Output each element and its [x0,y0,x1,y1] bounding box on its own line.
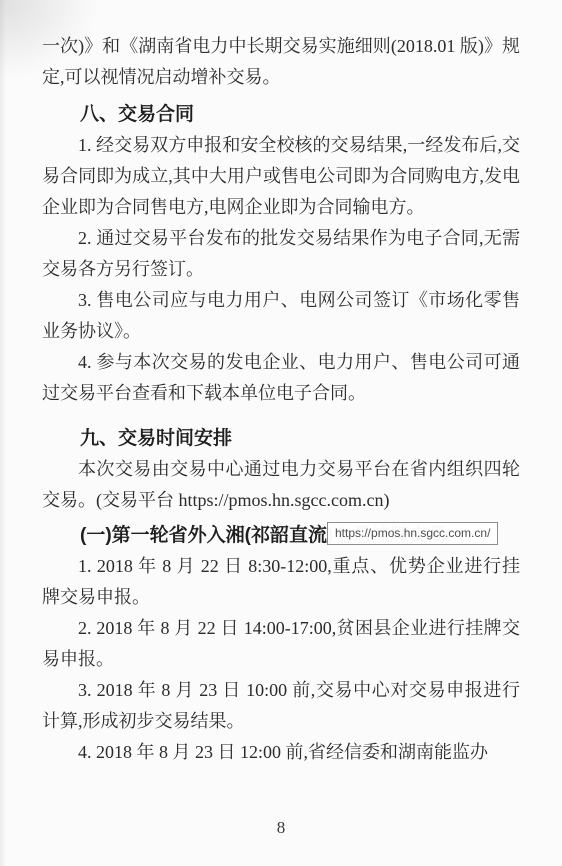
para-schedule-intro: 本次交易由交易中心通过电力交易平台在省内组织四轮交易。(交易平台 https:/… [42,454,520,516]
scan-artifact-left-edge [0,0,6,866]
document-body: 一次)》和《湖南省电力中长期交易实施细则(2018.01 版)》规定,可以视情况… [42,31,520,768]
heading-section-8: 八、交易合同 [42,99,520,130]
para-round1-step-2: 2. 2018 年 8 月 22 日 14:00-17:00,贫困县企业进行挂牌… [42,613,520,675]
para-round1-step-4: 4. 2018 年 8 月 23 日 12:00 前,省经信委和湖南能监办 [42,737,520,768]
para-schedule-intro-text: ) [383,490,389,510]
document-page: 一次)》和《湖南省电力中长期交易实施细则(2018.01 版)》规定,可以视情况… [0,0,562,866]
para-round1-step-3: 3. 2018 年 8 月 23 日 10:00 前,交易中心对交易申报进行计算… [42,675,520,737]
para-contract-2: 2. 通过交易平台发布的批发交易结果作为电子合同,无需交易各方另行签订。 [42,223,520,285]
page-number: 8 [0,816,562,840]
trading-platform-link[interactable]: https://pmos.hn.sgcc.com.cn [179,490,384,510]
para-continuation: 一次)》和《湖南省电力中长期交易实施细则(2018.01 版)》规定,可以视情况… [42,31,520,93]
para-contract-3: 3. 售电公司应与电力用户、电网公司签订《市场化零售业务协议》。 [42,285,520,347]
para-contract-1: 1. 经交易双方申报和安全校核的交易结果,一经发布后,交易合同即为成立,其中大用… [42,130,520,223]
heading-section-9: 九、交易时间安排 [42,423,520,454]
para-contract-4: 4. 参与本次交易的发电企业、电力用户、售电公司可通过交易平台查看和下载本单位电… [42,347,520,409]
link-status-tooltip: https://pmos.hn.sgcc.com.cn/ [327,522,498,545]
para-round1-step-1: 1. 2018 年 8 月 22 日 8:30-12:00,重点、优势企业进行挂… [42,551,520,613]
